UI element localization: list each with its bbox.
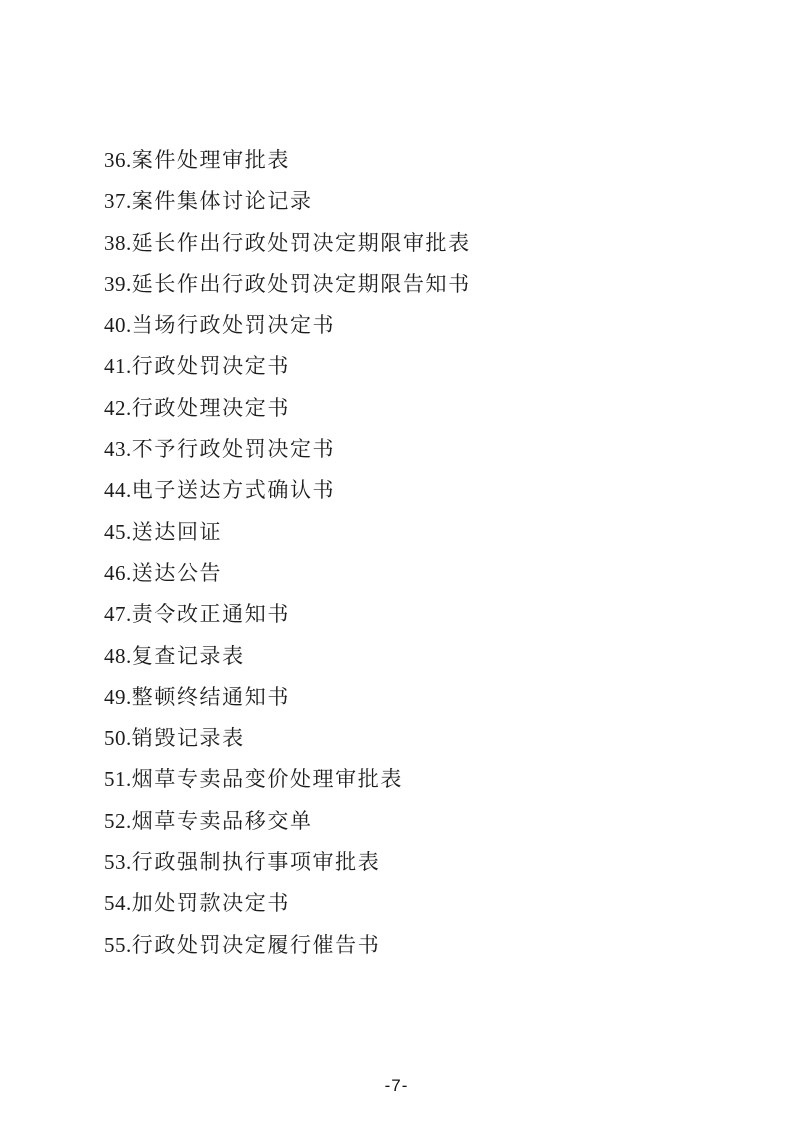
document-page: 36.案件处理审批表 37.案件集体讨论记录 38.延长作出行政处罚决定期限审批… — [0, 0, 793, 1122]
item-title: 行政处罚决定履行催告书 — [132, 933, 381, 957]
item-title: 不予行政处罚决定书 — [132, 437, 335, 461]
item-number: 40. — [104, 313, 132, 337]
list-item: 38.延长作出行政处罚决定期限审批表 — [104, 223, 713, 264]
item-title: 销毁记录表 — [132, 726, 245, 750]
list-item: 55.行政处罚决定履行催告书 — [104, 925, 713, 966]
item-title: 整顿终结通知书 — [132, 685, 290, 709]
item-title: 送达回证 — [132, 520, 222, 544]
list-item: 39.延长作出行政处罚决定期限告知书 — [104, 264, 713, 305]
item-title: 案件集体讨论记录 — [132, 189, 313, 213]
item-number: 55. — [104, 933, 132, 957]
item-title: 延长作出行政处罚决定期限审批表 — [132, 231, 471, 255]
item-title: 烟草专卖品变价处理审批表 — [132, 767, 403, 791]
item-number: 42. — [104, 396, 132, 420]
item-title: 复查记录表 — [132, 644, 245, 668]
list-item: 49.整顿终结通知书 — [104, 677, 713, 718]
list-item: 48.复查记录表 — [104, 636, 713, 677]
item-title: 责令改正通知书 — [132, 602, 290, 626]
numbered-list: 36.案件处理审批表 37.案件集体讨论记录 38.延长作出行政处罚决定期限审批… — [104, 140, 713, 966]
item-number: 52. — [104, 809, 132, 833]
item-title: 延长作出行政处罚决定期限告知书 — [132, 272, 471, 296]
item-number: 46. — [104, 561, 132, 585]
item-title: 加处罚款决定书 — [132, 891, 290, 915]
list-item: 50.销毁记录表 — [104, 718, 713, 759]
item-title: 电子送达方式确认书 — [132, 478, 335, 502]
item-number: 36. — [104, 148, 132, 172]
list-item: 40.当场行政处罚决定书 — [104, 305, 713, 346]
page-number: -7- — [0, 1076, 793, 1096]
list-item: 45.送达回证 — [104, 512, 713, 553]
list-item: 42.行政处理决定书 — [104, 388, 713, 429]
list-item: 46.送达公告 — [104, 553, 713, 594]
list-item: 54.加处罚款决定书 — [104, 883, 713, 924]
list-item: 44.电子送达方式确认书 — [104, 470, 713, 511]
item-number: 49. — [104, 685, 132, 709]
list-item: 36.案件处理审批表 — [104, 140, 713, 181]
list-item: 53.行政强制执行事项审批表 — [104, 842, 713, 883]
item-number: 53. — [104, 850, 132, 874]
item-number: 43. — [104, 437, 132, 461]
list-item: 41.行政处罚决定书 — [104, 346, 713, 387]
list-item: 43.不予行政处罚决定书 — [104, 429, 713, 470]
item-title: 烟草专卖品移交单 — [132, 809, 313, 833]
item-number: 45. — [104, 520, 132, 544]
list-item: 47.责令改正通知书 — [104, 594, 713, 635]
list-item: 37.案件集体讨论记录 — [104, 181, 713, 222]
item-number: 54. — [104, 891, 132, 915]
item-number: 47. — [104, 602, 132, 626]
item-title: 送达公告 — [132, 561, 222, 585]
item-number: 50. — [104, 726, 132, 750]
list-item: 52.烟草专卖品移交单 — [104, 801, 713, 842]
item-title: 行政处罚决定书 — [132, 354, 290, 378]
list-item: 51.烟草专卖品变价处理审批表 — [104, 759, 713, 800]
item-number: 39. — [104, 272, 132, 296]
item-number: 44. — [104, 478, 132, 502]
item-number: 48. — [104, 644, 132, 668]
item-title: 行政强制执行事项审批表 — [132, 850, 381, 874]
item-title: 当场行政处罚决定书 — [132, 313, 335, 337]
item-title: 案件处理审批表 — [132, 148, 290, 172]
item-number: 38. — [104, 231, 132, 255]
item-number: 41. — [104, 354, 132, 378]
item-number: 51. — [104, 767, 132, 791]
item-title: 行政处理决定书 — [132, 396, 290, 420]
item-number: 37. — [104, 189, 132, 213]
